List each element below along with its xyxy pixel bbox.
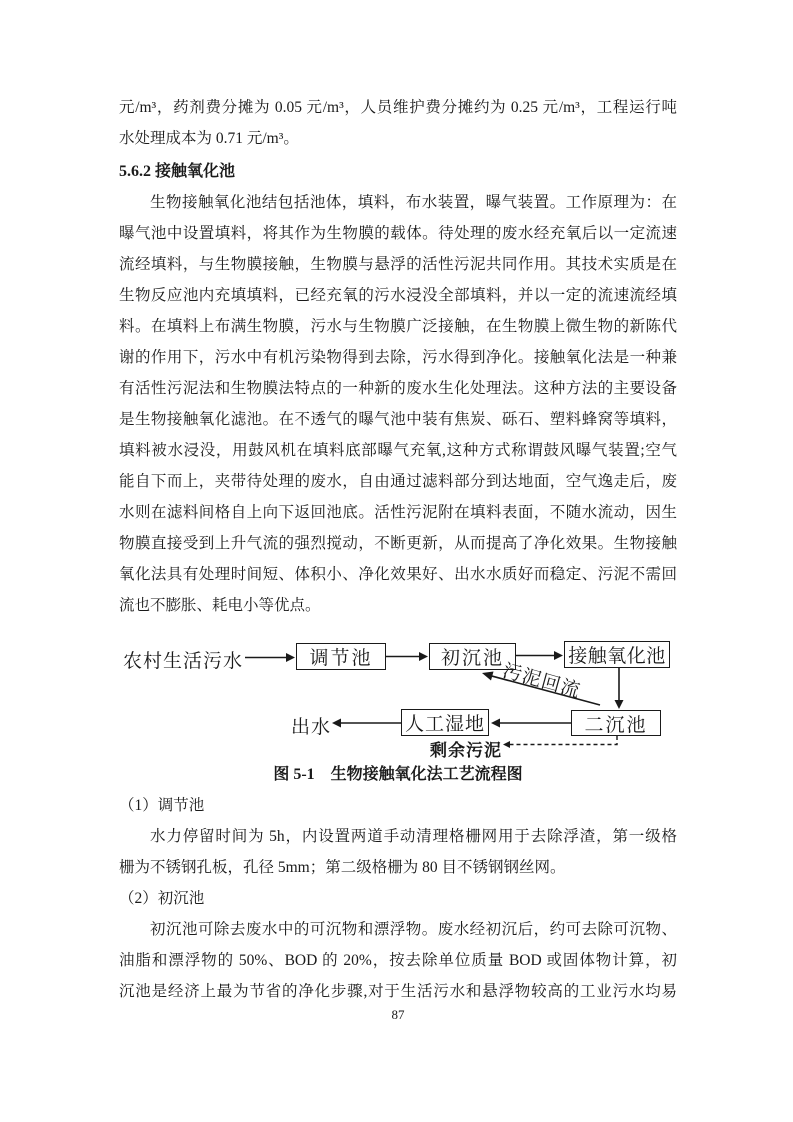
paragraph-contact-oxidation: 生物接触氧化池结包括池体，填料，布水装置，曝气装置。工作原理为：在 曝气池中设置…	[119, 187, 677, 621]
text-line: 沉池是经济上最为节省的净化步骤,对于生活污水和悬浮物较高的工业污水均易	[119, 976, 677, 1007]
list-item-title-regulating-tank: （1）调节池	[119, 790, 677, 821]
paragraph-cost-summary: 元/m³，药剂费分摊为 0.05 元/m³，人员维护费分摊约为 0.25 元/m…	[119, 92, 677, 154]
arrowhead-right-icon	[419, 652, 428, 661]
text-line: 谢的作用下，污水中有机污染物得到去除，污水得到净化。接触氧化法是一种兼	[119, 342, 677, 373]
diagram-box-secondary-settling-tank: 二沉池	[571, 710, 661, 736]
process-flow-diagram: 农村生活污水 调节池 初沉池 接触氧化池 污泥回流 二沉池 人工湿地 出水 剩余…	[119, 633, 677, 759]
text-line: 料。在填料上布满生物膜，污水与生物膜广泛接触，在生物膜上微生物的新陈代	[119, 311, 677, 342]
page-content: 元/m³，药剂费分摊为 0.05 元/m³，人员维护费分摊约为 0.25 元/m…	[119, 92, 677, 1023]
arrowhead-left-icon	[332, 719, 341, 728]
diagram-label-effluent: 出水	[291, 712, 331, 739]
text-line: 是生物接触氧化滤池。在不透气的曝气池中装有焦炭、砾石、塑料蜂窝等填料，	[119, 404, 677, 435]
list-item-title-primary-settling-tank: （2）初沉池	[119, 883, 677, 914]
text-line: 水处理成本为 0.71 元/m³。	[119, 123, 677, 154]
section-heading: 5.6.2 接触氧化池	[119, 156, 677, 187]
text-line: 生物接触氧化池结包括池体，填料，布水装置，曝气装置。工作原理为：在	[119, 187, 677, 218]
text-line: 填料被水浸没，用鼓风机在填料底部曝气充氧,这种方式称谓鼓风曝气装置;空气	[119, 435, 677, 466]
diagram-label-excess-sludge: 剩余污泥	[430, 736, 502, 761]
text-line: 生物反应池内充填填料，已经充氧的污水浸没全部填料，并以一定的流速流经填	[119, 280, 677, 311]
document-page: 元/m³，药剂费分摊为 0.05 元/m³，人员维护费分摊约为 0.25 元/m…	[0, 0, 793, 1122]
text-line: 水力停留时间为 5h，内设置两道手动清理格栅网用于去除浮渣，第一级格	[119, 821, 677, 852]
text-line: 氧化法具有处理时间短、体积小、净化效果好、出水水质好而稳定、污泥不需回	[119, 559, 677, 590]
text-line: 能自下而上，夹带待处理的废水，自由通过滤料部分到达地面，空气逸走后，废	[119, 466, 677, 497]
arrowhead-down-icon	[615, 700, 624, 709]
paragraph-regulating-tank: 水力停留时间为 5h，内设置两道手动清理格栅网用于去除浮渣，第一级格 栅为不锈钢…	[119, 821, 677, 883]
arrowhead-right-icon	[286, 653, 295, 662]
page-number: 87	[119, 1007, 677, 1023]
text-line: 物膜直接受到上升气流的强烈搅动，不断更新，从而提高了净化效果。生物接触	[119, 528, 677, 559]
text-line: 油脂和漂浮物的 50%、BOD 的 20%，按去除单位质量 BOD 或固体物计算…	[119, 945, 677, 976]
diagram-box-contact-oxidation-tank: 接触氧化池	[564, 641, 670, 668]
arrowhead-left-icon	[503, 741, 510, 748]
text-line: 水则在滤料间格自上向下返回池底。活性污泥附在填料表面，不随水流动，因生	[119, 497, 677, 528]
arrowhead-right-icon	[554, 651, 563, 660]
text-line: 曝气池中设置填料，将其作为生物膜的载体。待处理的废水经充氧后以一定流速	[119, 218, 677, 249]
text-line: 流经填料，与生物膜接触，生物膜与悬浮的活性污泥共同作用。其技术实质是在	[119, 249, 677, 280]
paragraph-primary-settling-tank: 初沉池可除去废水中的可沉物和漂浮物。废水经初沉后，约可去除可沉物、 油脂和漂浮物…	[119, 914, 677, 1007]
text-line: 初沉池可除去废水中的可沉物和漂浮物。废水经初沉后，约可去除可沉物、	[119, 914, 677, 945]
diagram-box-regulating-tank: 调节池	[296, 643, 386, 670]
text-line: 栅为不锈钢孔板，孔径 5mm；第二级格栅为 80 目不锈钢钢丝网。	[119, 852, 677, 883]
diagram-label-source: 农村生活污水	[123, 646, 243, 673]
diagram-box-primary-settling-tank: 初沉池	[429, 643, 516, 670]
text-line: 元/m³，药剂费分摊为 0.05 元/m³，人员维护费分摊约为 0.25 元/m…	[119, 92, 677, 123]
arrowhead-upleft-icon	[482, 672, 494, 681]
text-line: 流也不膨胀、耗电小等优点。	[119, 590, 677, 621]
text-line: 有活性污泥法和生物膜法特点的一种新的废水生化处理法。这种方法的主要设备	[119, 373, 677, 404]
arrowhead-left-icon	[491, 719, 500, 728]
diagram-box-constructed-wetland: 人工湿地	[401, 709, 489, 736]
figure-caption: 图 5-1 生物接触氧化法工艺流程图	[119, 759, 677, 790]
